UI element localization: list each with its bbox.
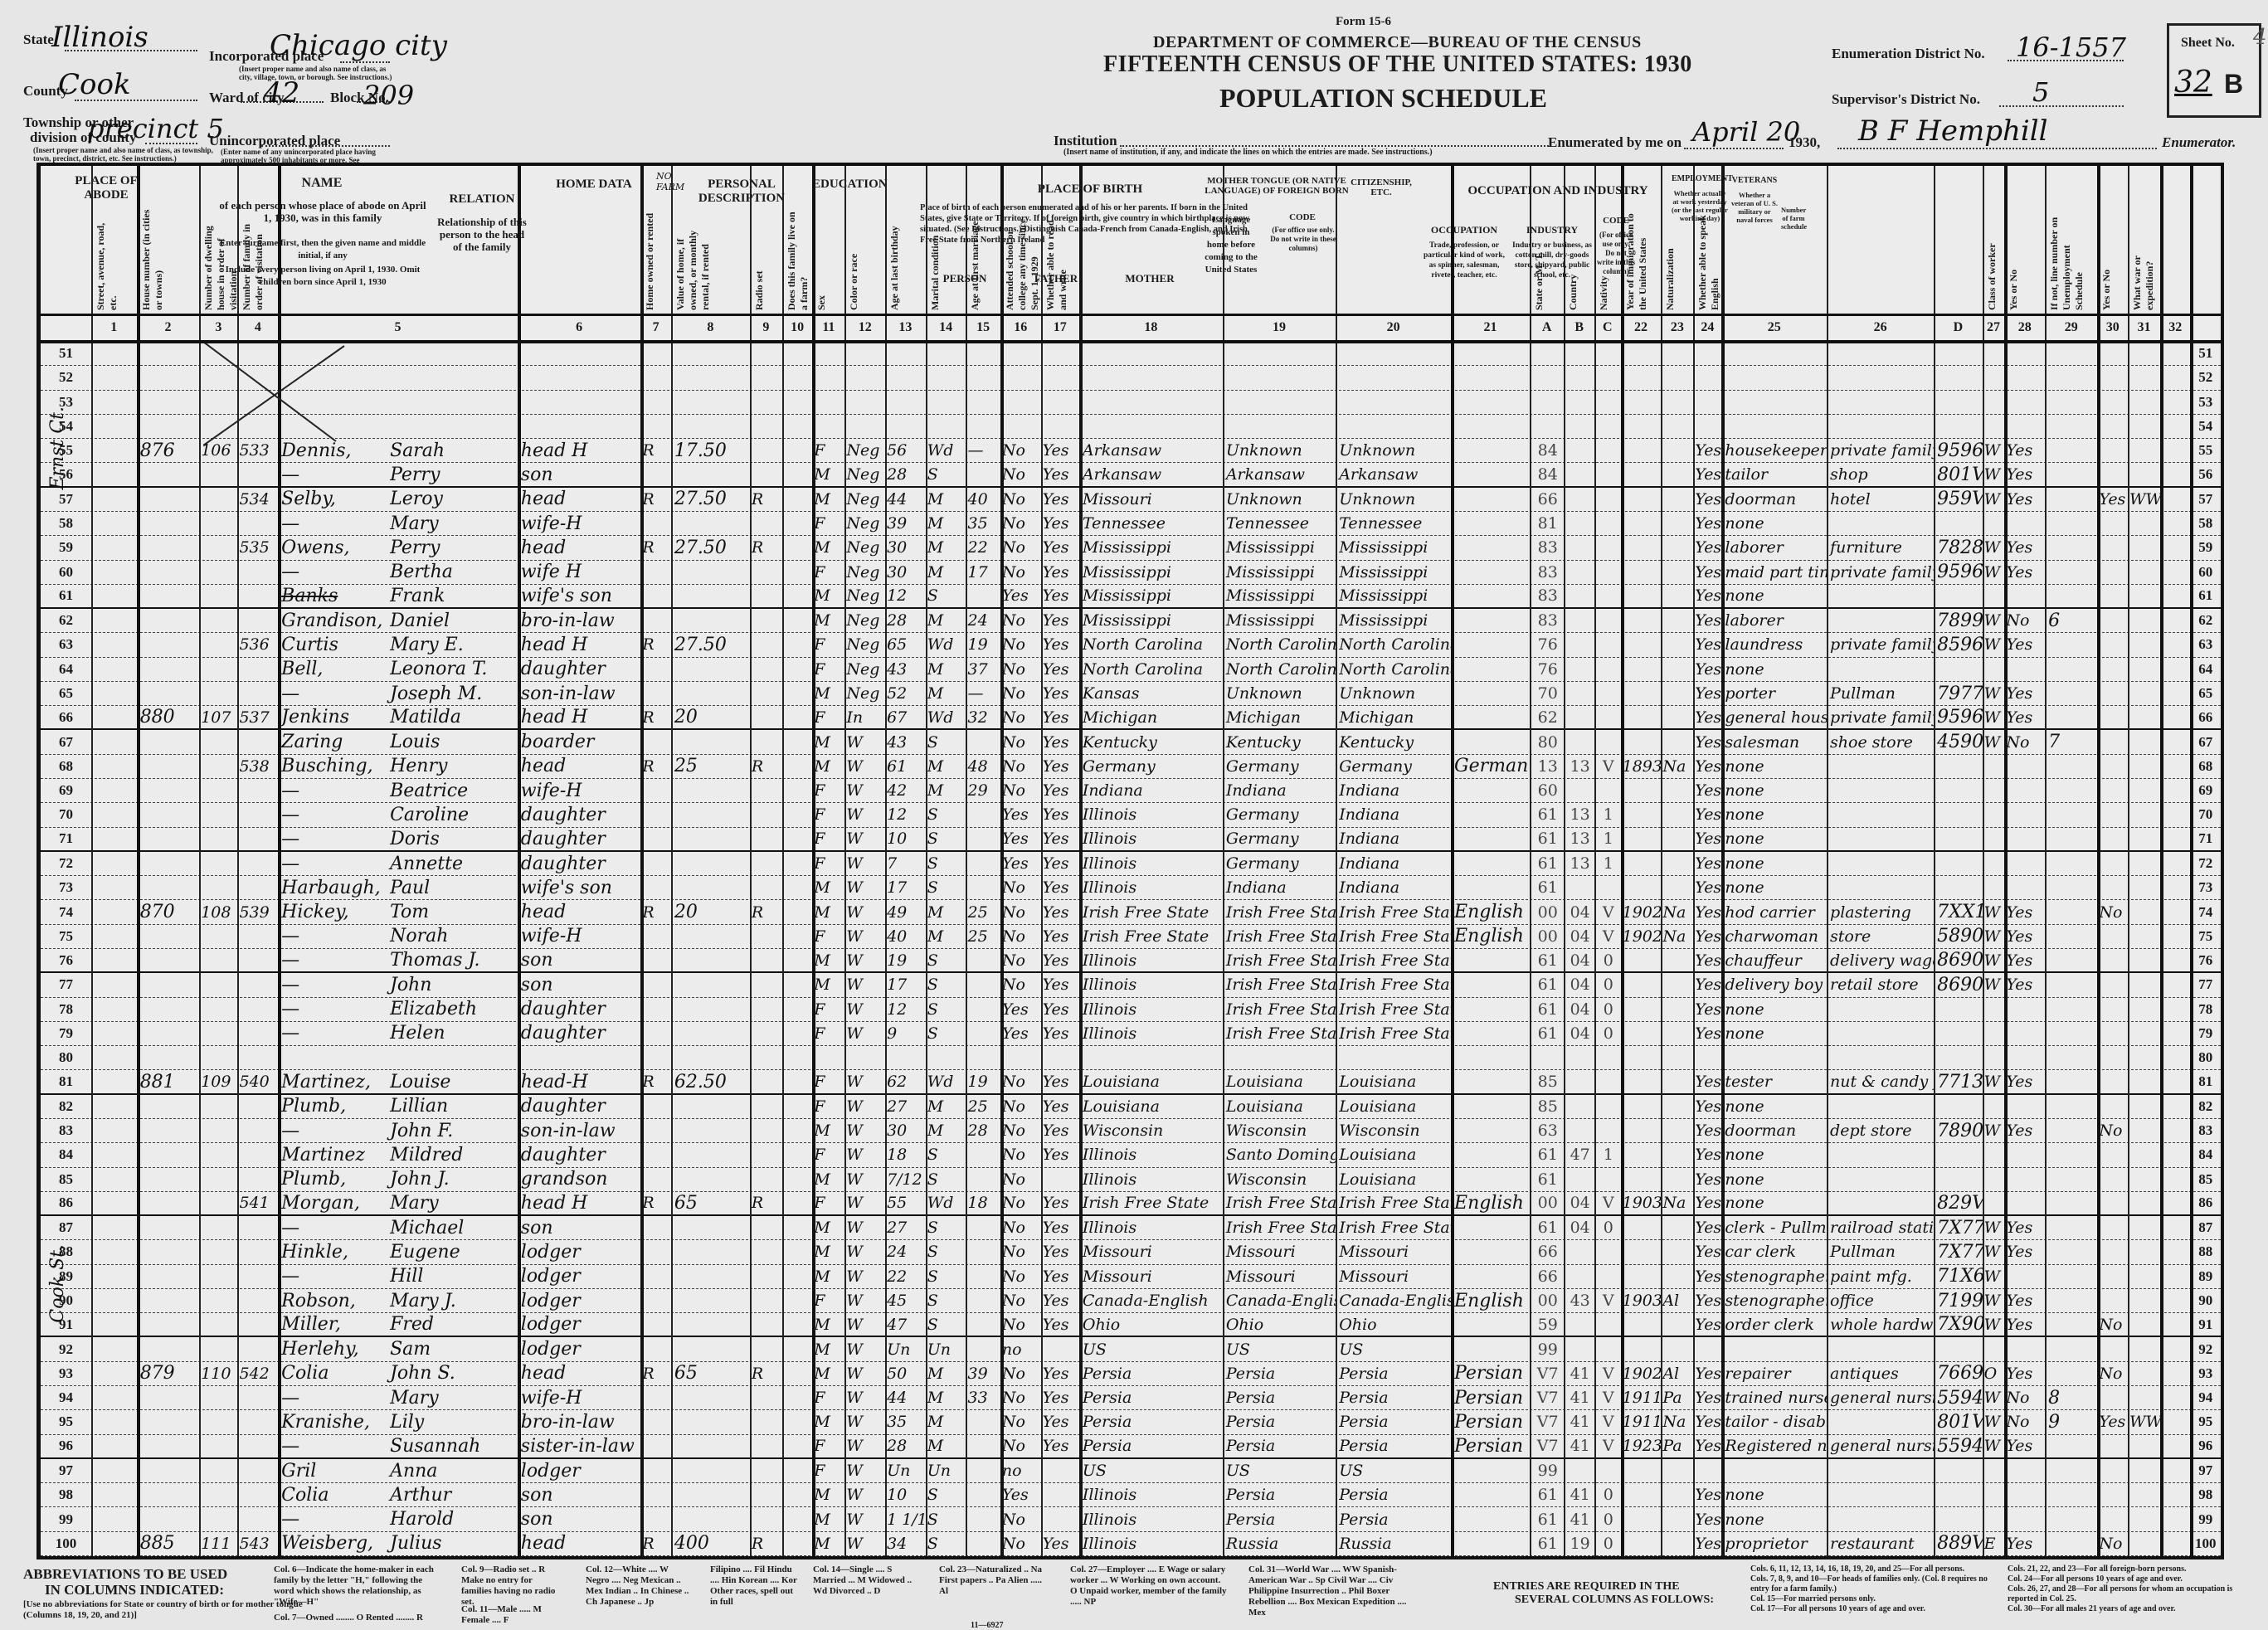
- father-cell[interactable]: Indiana: [1223, 876, 1336, 899]
- war-cell[interactable]: WW: [2128, 1410, 2160, 1433]
- relation-cell[interactable]: wife's son: [518, 876, 641, 899]
- name-cell[interactable]: —Beatrice: [278, 779, 518, 802]
- first_marr-cell[interactable]: 19: [966, 633, 1000, 656]
- house-cell[interactable]: 885: [137, 1532, 200, 1555]
- occupation-cell[interactable]: none: [1721, 755, 1827, 778]
- school-cell[interactable]: No: [1000, 1265, 1041, 1288]
- birth-cell[interactable]: Irish Free State: [1079, 925, 1223, 948]
- occupation-cell[interactable]: none: [1721, 1483, 1827, 1506]
- speak-cell[interactable]: Yes: [1693, 1265, 1721, 1288]
- race-cell[interactable]: W: [844, 1386, 885, 1409]
- work-cell[interactable]: Yes: [2004, 1362, 2045, 1385]
- work-cell[interactable]: Yes: [2004, 536, 2045, 559]
- speak-cell[interactable]: Yes: [1693, 1070, 1721, 1092]
- race-cell[interactable]: Neg: [844, 488, 885, 511]
- mother-cell[interactable]: Russia: [1336, 1532, 1451, 1555]
- occupation-cell[interactable]: chauffeur: [1721, 949, 1827, 971]
- relation-cell[interactable]: wife-H: [518, 779, 641, 802]
- first_marr-cell[interactable]: —: [966, 682, 1000, 705]
- name-cell[interactable]: Owens,Perry: [278, 536, 518, 559]
- read-cell[interactable]: Yes: [1041, 852, 1079, 875]
- read-cell[interactable]: Yes: [1041, 803, 1079, 826]
- natur-cell[interactable]: Al: [1661, 1289, 1693, 1312]
- read-cell[interactable]: Yes: [1041, 439, 1079, 462]
- tongue-cell[interactable]: Persian: [1451, 1435, 1530, 1457]
- relation-cell[interactable]: head H: [518, 633, 641, 656]
- birth-cell[interactable]: Persia: [1079, 1386, 1223, 1409]
- birth-cell[interactable]: Illinois: [1079, 852, 1223, 875]
- occupation-cell[interactable]: car clerk: [1721, 1240, 1827, 1263]
- relation-cell[interactable]: grandson: [518, 1168, 641, 1191]
- first_marr-cell[interactable]: 29: [966, 779, 1000, 802]
- father-cell[interactable]: Wisconsin: [1223, 1119, 1336, 1142]
- race-cell[interactable]: W: [844, 1265, 885, 1288]
- value-cell[interactable]: 17.50: [671, 439, 750, 462]
- race-cell[interactable]: W: [844, 925, 885, 948]
- father-cell[interactable]: Kentucky: [1223, 730, 1336, 753]
- occupation-cell[interactable]: charwoman: [1721, 925, 1827, 948]
- speak-cell[interactable]: Yes: [1693, 1192, 1721, 1214]
- cA-cell[interactable]: 00: [1530, 1289, 1564, 1312]
- immig-cell[interactable]: 1902: [1621, 900, 1662, 923]
- occupation-cell[interactable]: none: [1721, 1168, 1827, 1191]
- race-cell[interactable]: W: [844, 900, 885, 923]
- race-cell[interactable]: W: [844, 998, 885, 1021]
- sheet-number[interactable]: 32: [2174, 66, 2212, 100]
- father-cell[interactable]: Tennessee: [1223, 512, 1336, 535]
- name-cell[interactable]: Herlehy,Sam: [278, 1337, 518, 1360]
- speak-cell[interactable]: Yes: [1693, 876, 1721, 899]
- race-cell[interactable]: Neg: [844, 585, 885, 607]
- school-cell[interactable]: No: [1000, 949, 1041, 971]
- relation-cell[interactable]: bro-in-law: [518, 609, 641, 632]
- race-cell[interactable]: W: [844, 1095, 885, 1118]
- mother-cell[interactable]: Unknown: [1336, 682, 1451, 705]
- school-cell[interactable]: No: [1000, 1507, 1041, 1530]
- race-cell[interactable]: Neg: [844, 536, 885, 559]
- occupation-cell[interactable]: none: [1721, 876, 1827, 899]
- father-cell[interactable]: US: [1223, 1459, 1336, 1482]
- industry-cell[interactable]: paint mfg.: [1827, 1265, 1934, 1288]
- speak-cell[interactable]: Yes: [1693, 1532, 1721, 1555]
- marital-cell[interactable]: M: [926, 609, 966, 632]
- speak-cell[interactable]: Yes: [1693, 609, 1721, 632]
- name-cell[interactable]: Weisberg,Julius: [278, 1532, 518, 1555]
- marital-cell[interactable]: S: [926, 1289, 966, 1312]
- mother-cell[interactable]: Missouri: [1336, 1265, 1451, 1288]
- birth-cell[interactable]: Kentucky: [1079, 730, 1223, 753]
- occupation-cell[interactable]: stenographer: [1721, 1265, 1827, 1288]
- speak-cell[interactable]: Yes: [1693, 1483, 1721, 1506]
- enumerated-date[interactable]: April 20: [1692, 116, 1800, 148]
- speak-cell[interactable]: Yes: [1693, 1240, 1721, 1263]
- relation-cell[interactable]: daughter: [518, 658, 641, 681]
- read-cell[interactable]: Yes: [1041, 925, 1079, 948]
- race-cell[interactable]: W: [844, 1532, 885, 1555]
- read-cell[interactable]: Yes: [1041, 1265, 1079, 1288]
- sex-cell[interactable]: F: [812, 1192, 844, 1214]
- vet-cell[interactable]: Yes: [2097, 1410, 2128, 1433]
- occ_code-cell[interactable]: 959V: [1934, 488, 1982, 511]
- age-cell[interactable]: 52: [885, 682, 926, 705]
- occupation-cell[interactable]: laborer: [1721, 609, 1827, 632]
- marital-cell[interactable]: M: [926, 658, 966, 681]
- first_marr-cell[interactable]: 25: [966, 900, 1000, 923]
- cA-cell[interactable]: 61: [1530, 828, 1564, 850]
- mother-cell[interactable]: US: [1336, 1459, 1451, 1482]
- cA-cell[interactable]: 59: [1530, 1313, 1564, 1336]
- name-cell[interactable]: —Thomas J.: [278, 949, 518, 971]
- occupation-cell[interactable]: none: [1721, 1095, 1827, 1118]
- vet-cell[interactable]: Yes: [2097, 488, 2128, 511]
- vet-cell[interactable]: No: [2097, 1532, 2128, 1555]
- first_marr-cell[interactable]: 32: [966, 706, 1000, 728]
- work-cell[interactable]: Yes: [2004, 439, 2045, 462]
- marital-cell[interactable]: M: [926, 1095, 966, 1118]
- read-cell[interactable]: Yes: [1041, 1386, 1079, 1409]
- school-cell[interactable]: No: [1000, 463, 1041, 485]
- class-cell[interactable]: W: [1983, 730, 2005, 753]
- class-cell[interactable]: W: [1983, 1119, 2005, 1142]
- work-cell[interactable]: Yes: [2004, 900, 2045, 923]
- marital-cell[interactable]: S: [926, 730, 966, 753]
- radio-cell[interactable]: R: [750, 536, 782, 559]
- tongue-cell[interactable]: English: [1451, 1192, 1530, 1214]
- school-cell[interactable]: No: [1000, 876, 1041, 899]
- speak-cell[interactable]: Yes: [1693, 803, 1721, 826]
- marital-cell[interactable]: S: [926, 463, 966, 485]
- birth-cell[interactable]: Louisiana: [1079, 1095, 1223, 1118]
- sex-cell[interactable]: M: [812, 1265, 844, 1288]
- birth-cell[interactable]: Arkansaw: [1079, 463, 1223, 485]
- speak-cell[interactable]: Yes: [1693, 536, 1721, 559]
- name-cell[interactable]: —Bertha: [278, 561, 518, 584]
- industry-cell[interactable]: dept store: [1827, 1119, 1934, 1142]
- age-cell[interactable]: 67: [885, 706, 926, 728]
- vet-cell[interactable]: No: [2097, 1362, 2128, 1385]
- age-cell[interactable]: 55: [885, 1192, 926, 1214]
- age-cell[interactable]: 10: [885, 1483, 926, 1506]
- marital-cell[interactable]: S: [926, 998, 966, 1021]
- cA-cell[interactable]: 76: [1530, 633, 1564, 656]
- occupation-cell[interactable]: none: [1721, 779, 1827, 802]
- sex-cell[interactable]: M: [812, 1240, 844, 1263]
- father-cell[interactable]: Irish Free State: [1223, 973, 1336, 996]
- name-cell[interactable]: Martinez,Louise: [278, 1070, 518, 1092]
- owned-cell[interactable]: R: [640, 1192, 671, 1214]
- mother-cell[interactable]: Louisiana: [1336, 1070, 1451, 1092]
- birth-cell[interactable]: Illinois: [1079, 1532, 1223, 1555]
- birth-cell[interactable]: Illinois: [1079, 1216, 1223, 1239]
- industry-cell[interactable]: Pullman: [1827, 682, 1934, 705]
- school-cell[interactable]: No: [1000, 1095, 1041, 1118]
- marital-cell[interactable]: S: [926, 1313, 966, 1336]
- occ_code-cell[interactable]: 7713: [1934, 1070, 1982, 1092]
- speak-cell[interactable]: Yes: [1693, 1362, 1721, 1385]
- immig-cell[interactable]: 1893: [1621, 755, 1662, 778]
- age-cell[interactable]: 47: [885, 1313, 926, 1336]
- class-cell[interactable]: W: [1983, 1289, 2005, 1312]
- occ_code-cell[interactable]: 7X90: [1934, 1313, 1982, 1336]
- father-cell[interactable]: Irish Free State: [1223, 949, 1336, 971]
- name-cell[interactable]: ZaringLouis: [278, 730, 518, 753]
- read-cell[interactable]: Yes: [1041, 682, 1079, 705]
- race-cell[interactable]: Neg: [844, 561, 885, 584]
- father-cell[interactable]: Missouri: [1223, 1240, 1336, 1263]
- race-cell[interactable]: W: [844, 1192, 885, 1214]
- father-cell[interactable]: North Carolina: [1223, 658, 1336, 681]
- race-cell[interactable]: Neg: [844, 463, 885, 485]
- township-value[interactable]: precinct 5: [87, 113, 224, 144]
- mother-cell[interactable]: Canada-English: [1336, 1289, 1451, 1312]
- race-cell[interactable]: W: [844, 828, 885, 850]
- industry-cell[interactable]: delivery wagon: [1827, 949, 1934, 971]
- occupation-cell[interactable]: order clerk: [1721, 1313, 1827, 1336]
- industry-cell[interactable]: office: [1827, 1289, 1934, 1312]
- war-cell[interactable]: WW: [2128, 488, 2160, 511]
- school-cell[interactable]: No: [1000, 1192, 1041, 1214]
- occupation-cell[interactable]: general housework: [1721, 706, 1827, 728]
- dwelling-cell[interactable]: 111: [199, 1532, 237, 1555]
- school-cell[interactable]: Yes: [1000, 803, 1041, 826]
- relation-cell[interactable]: daughter: [518, 803, 641, 826]
- birth-cell[interactable]: Illinois: [1079, 949, 1223, 971]
- read-cell[interactable]: Yes: [1041, 1240, 1079, 1263]
- father-cell[interactable]: Mississippi: [1223, 585, 1336, 607]
- work-cell[interactable]: No: [2004, 730, 2045, 753]
- read-cell[interactable]: Yes: [1041, 1119, 1079, 1142]
- speak-cell[interactable]: Yes: [1693, 779, 1721, 802]
- cA-cell[interactable]: 84: [1530, 439, 1564, 462]
- family-cell[interactable]: 541: [237, 1192, 278, 1214]
- occupation-cell[interactable]: none: [1721, 852, 1827, 875]
- work-cell[interactable]: No: [2004, 609, 2045, 632]
- cA-cell[interactable]: 70: [1530, 682, 1564, 705]
- state-value[interactable]: Illinois: [51, 21, 148, 54]
- class-cell[interactable]: W: [1983, 609, 2005, 632]
- cA-cell[interactable]: 85: [1530, 1095, 1564, 1118]
- cA-cell[interactable]: 76: [1530, 658, 1564, 681]
- class-cell[interactable]: W: [1983, 463, 2005, 485]
- age-cell[interactable]: 7: [885, 852, 926, 875]
- name-cell[interactable]: —Norah: [278, 925, 518, 948]
- relation-cell[interactable]: head: [518, 488, 641, 511]
- marital-cell[interactable]: S: [926, 1240, 966, 1263]
- owned-cell[interactable]: R: [640, 900, 671, 923]
- natur-cell[interactable]: Pa: [1661, 1435, 1693, 1457]
- school-cell[interactable]: No: [1000, 1070, 1041, 1092]
- sex-cell[interactable]: F: [812, 1022, 844, 1045]
- cB-cell[interactable]: 13: [1564, 828, 1594, 850]
- enumerator-name[interactable]: B F Hemphill: [1858, 114, 2048, 148]
- mother-cell[interactable]: Tennessee: [1336, 512, 1451, 535]
- read-cell[interactable]: Yes: [1041, 488, 1079, 511]
- industry-cell[interactable]: general nursing: [1827, 1386, 1934, 1409]
- read-cell[interactable]: Yes: [1041, 779, 1079, 802]
- age-cell[interactable]: 28: [885, 609, 926, 632]
- cA-cell[interactable]: 61: [1530, 998, 1564, 1021]
- race-cell[interactable]: W: [844, 1483, 885, 1506]
- relation-cell[interactable]: son: [518, 949, 641, 971]
- sex-cell[interactable]: M: [812, 973, 844, 996]
- speak-cell[interactable]: Yes: [1693, 1168, 1721, 1191]
- owned-cell[interactable]: R: [640, 755, 671, 778]
- race-cell[interactable]: W: [844, 755, 885, 778]
- value-cell[interactable]: 20: [671, 900, 750, 923]
- work-cell[interactable]: Yes: [2004, 1313, 2045, 1336]
- mother-cell[interactable]: Indiana: [1336, 779, 1451, 802]
- occupation-cell[interactable]: hod carrier: [1721, 900, 1827, 923]
- cA-cell[interactable]: 61: [1530, 803, 1564, 826]
- mother-cell[interactable]: Arkansaw: [1336, 463, 1451, 485]
- tongue-cell[interactable]: German: [1451, 755, 1530, 778]
- race-cell[interactable]: Neg: [844, 682, 885, 705]
- industry-cell[interactable]: whole hardware: [1827, 1313, 1934, 1336]
- race-cell[interactable]: Neg: [844, 439, 885, 462]
- birth-cell[interactable]: Germany: [1079, 755, 1223, 778]
- relation-cell[interactable]: head H: [518, 706, 641, 728]
- birth-cell[interactable]: Ohio: [1079, 1313, 1223, 1336]
- occupation-cell[interactable]: none: [1721, 585, 1827, 607]
- marital-cell[interactable]: M: [926, 488, 966, 511]
- unemp-cell[interactable]: 8: [2045, 1386, 2097, 1409]
- marital-cell[interactable]: M: [926, 1435, 966, 1457]
- race-cell[interactable]: W: [844, 1313, 885, 1336]
- cC-cell[interactable]: V: [1594, 1410, 1621, 1433]
- birth-cell[interactable]: Persia: [1079, 1410, 1223, 1433]
- name-cell[interactable]: —Caroline: [278, 803, 518, 826]
- marital-cell[interactable]: M: [926, 1410, 966, 1433]
- age-cell[interactable]: 62: [885, 1070, 926, 1092]
- relation-cell[interactable]: boarder: [518, 730, 641, 753]
- name-cell[interactable]: ColiaArthur: [278, 1483, 518, 1506]
- sex-cell[interactable]: F: [812, 1435, 844, 1457]
- birth-cell[interactable]: Wisconsin: [1079, 1119, 1223, 1142]
- read-cell[interactable]: Yes: [1041, 1095, 1079, 1118]
- relation-cell[interactable]: son: [518, 1507, 641, 1530]
- occupation-cell[interactable]: tailor: [1721, 463, 1827, 485]
- industry-cell[interactable]: railroad station: [1827, 1216, 1934, 1239]
- immig-cell[interactable]: 1911: [1621, 1386, 1662, 1409]
- family-cell[interactable]: 534: [237, 488, 278, 511]
- class-cell[interactable]: E: [1983, 1532, 2005, 1555]
- age-cell[interactable]: 24: [885, 1240, 926, 1263]
- natur-cell[interactable]: Al: [1661, 1362, 1693, 1385]
- father-cell[interactable]: Germany: [1223, 828, 1336, 850]
- cC-cell[interactable]: V: [1594, 900, 1621, 923]
- speak-cell[interactable]: Yes: [1693, 1435, 1721, 1457]
- father-cell[interactable]: Irish Free State: [1223, 900, 1336, 923]
- sex-cell[interactable]: F: [812, 658, 844, 681]
- father-cell[interactable]: Michigan: [1223, 706, 1336, 728]
- race-cell[interactable]: W: [844, 1410, 885, 1433]
- school-cell[interactable]: No: [1000, 512, 1041, 535]
- speak-cell[interactable]: Yes: [1693, 755, 1721, 778]
- value-cell[interactable]: 62.50: [671, 1070, 750, 1092]
- sex-cell[interactable]: M: [812, 755, 844, 778]
- industry-cell[interactable]: private family: [1827, 706, 1934, 728]
- school-cell[interactable]: No: [1000, 609, 1041, 632]
- race-cell[interactable]: W: [844, 1240, 885, 1263]
- industry-cell[interactable]: shop: [1827, 463, 1934, 485]
- school-cell[interactable]: No: [1000, 1313, 1041, 1336]
- school-cell[interactable]: Yes: [1000, 998, 1041, 1021]
- tongue-cell[interactable]: English: [1451, 925, 1530, 948]
- unemp-cell[interactable]: 7: [2045, 730, 2097, 753]
- father-cell[interactable]: Mississippi: [1223, 536, 1336, 559]
- industry-cell[interactable]: shoe store: [1827, 730, 1934, 753]
- cA-cell[interactable]: 61: [1530, 1022, 1564, 1045]
- age-cell[interactable]: 30: [885, 536, 926, 559]
- occupation-cell[interactable]: trained nurse: [1721, 1386, 1827, 1409]
- birth-cell[interactable]: Mississippi: [1079, 609, 1223, 632]
- school-cell[interactable]: No: [1000, 1168, 1041, 1191]
- age-cell[interactable]: 56: [885, 439, 926, 462]
- read-cell[interactable]: Yes: [1041, 561, 1079, 584]
- read-cell[interactable]: Yes: [1041, 900, 1079, 923]
- first_marr-cell[interactable]: 19: [966, 1070, 1000, 1092]
- father-cell[interactable]: Irish Free State: [1223, 925, 1336, 948]
- sex-cell[interactable]: M: [812, 1119, 844, 1142]
- school-cell[interactable]: No: [1000, 973, 1041, 996]
- marital-cell[interactable]: S: [926, 852, 966, 875]
- owned-cell[interactable]: R: [640, 1362, 671, 1385]
- immig-cell[interactable]: 1923: [1621, 1435, 1662, 1457]
- marital-cell[interactable]: S: [926, 803, 966, 826]
- sex-cell[interactable]: M: [812, 488, 844, 511]
- value-cell[interactable]: 65: [671, 1192, 750, 1214]
- age-cell[interactable]: 43: [885, 730, 926, 753]
- read-cell[interactable]: Yes: [1041, 1313, 1079, 1336]
- school-cell[interactable]: No: [1000, 488, 1041, 511]
- cB-cell[interactable]: 04: [1564, 1022, 1594, 1045]
- mother-cell[interactable]: Irish Free State: [1336, 1192, 1451, 1214]
- speak-cell[interactable]: Yes: [1693, 1022, 1721, 1045]
- industry-cell[interactable]: furniture: [1827, 536, 1934, 559]
- cA-cell[interactable]: 61: [1530, 949, 1564, 971]
- father-cell[interactable]: Persia: [1223, 1410, 1336, 1433]
- first_marr-cell[interactable]: 35: [966, 512, 1000, 535]
- mother-cell[interactable]: Indiana: [1336, 852, 1451, 875]
- age-cell[interactable]: 10: [885, 828, 926, 850]
- marital-cell[interactable]: S: [926, 1022, 966, 1045]
- name-cell[interactable]: Miller,Fred: [278, 1313, 518, 1336]
- mother-cell[interactable]: Louisiana: [1336, 1143, 1451, 1166]
- class-cell[interactable]: W: [1983, 1240, 2005, 1263]
- cB-cell[interactable]: 04: [1564, 925, 1594, 948]
- cA-cell[interactable]: 83: [1530, 585, 1564, 607]
- birth-cell[interactable]: Arkansaw: [1079, 439, 1223, 462]
- cC-cell[interactable]: 1: [1594, 1143, 1621, 1166]
- mother-cell[interactable]: Irish Free State: [1336, 1216, 1451, 1239]
- speak-cell[interactable]: Yes: [1693, 633, 1721, 656]
- cC-cell[interactable]: V: [1594, 1435, 1621, 1457]
- age-cell[interactable]: 28: [885, 1435, 926, 1457]
- family-cell[interactable]: 542: [237, 1362, 278, 1385]
- first_marr-cell[interactable]: 24: [966, 609, 1000, 632]
- value-cell[interactable]: 20: [671, 706, 750, 728]
- tongue-cell[interactable]: Persian: [1451, 1362, 1530, 1385]
- age-cell[interactable]: 17: [885, 973, 926, 996]
- cA-cell[interactable]: 63: [1530, 1119, 1564, 1142]
- marital-cell[interactable]: S: [926, 949, 966, 971]
- occupation-cell[interactable]: housekeeper: [1721, 439, 1827, 462]
- age-cell[interactable]: 30: [885, 1119, 926, 1142]
- marital-cell[interactable]: M: [926, 755, 966, 778]
- first_marr-cell[interactable]: 25: [966, 925, 1000, 948]
- school-cell[interactable]: No: [1000, 730, 1041, 753]
- occupation-cell[interactable]: porter: [1721, 682, 1827, 705]
